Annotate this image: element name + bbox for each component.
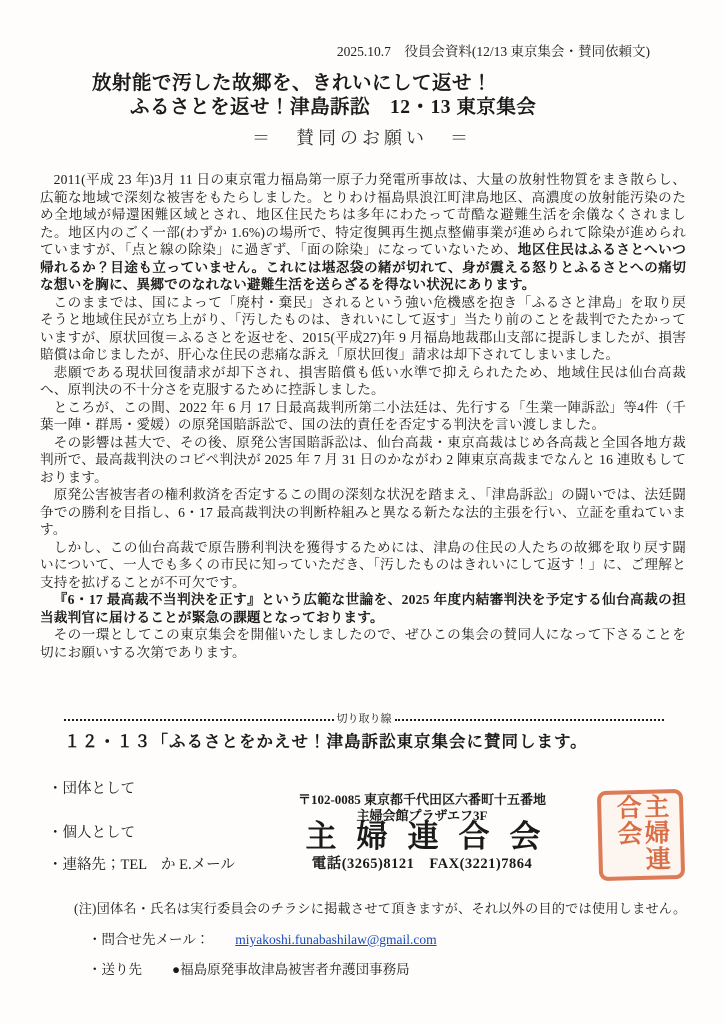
body-paragraph: 原発公害被害者の権利救済を否定するこの間の深刻な状況を踏まえ、「津島訴訟」の闘い… bbox=[40, 486, 686, 539]
body-paragraph: その影響は甚大で、その後、原発公害国賠訴訟は、仙台高裁・東京高裁はじめ各高裁と全… bbox=[40, 434, 686, 487]
page-subtitle: ＝ 賛同のお願い ＝ bbox=[0, 125, 724, 151]
cut-line-label: 切り取り線 bbox=[334, 713, 395, 726]
body-text: 2011(平成 23 年)3月 11 日の東京電力福島第一原子力発電所事故は、大… bbox=[40, 171, 686, 661]
sendto-line: ・送り先●福島原発事故津島被害者弁護団事務局 bbox=[88, 961, 694, 978]
sendto-value: ●福島原発事故津島被害者弁護団事務局 bbox=[172, 962, 410, 977]
body-paragraph: 『6・17 最高裁不当判決を正す』という広範な世論を、2025 年度内結審判決を… bbox=[40, 591, 686, 626]
page-title-line2: ふるさとを返せ！津島訴訟 12・13 東京集会 bbox=[0, 96, 724, 120]
field-label-organization: ・団体として bbox=[48, 780, 135, 798]
cut-line: 切り取り線 bbox=[64, 713, 664, 726]
sendto-label: ・送り先 bbox=[88, 962, 142, 977]
contact-email-link[interactable]: miyakoshi.funabashilaw@gmail.com bbox=[235, 932, 436, 947]
body-paragraph: このままでは、国によって「廃村・棄民」されるという強い危機感を抱き「ふるさと津島… bbox=[40, 294, 686, 364]
org-phone-fax: 電話(3265)8121 FAX(3221)7864 bbox=[250, 856, 594, 873]
body-paragraph: 悲願である現状回復請求が却下され、損害賠償も低い水準で抑えられたため、地域住民は… bbox=[40, 364, 686, 399]
organization-seal: 主婦連合会 bbox=[597, 789, 685, 881]
page-title-line1: 放射能で汚した故郷を、きれいにして返せ！ bbox=[0, 72, 724, 96]
usage-note: (注)団体名・氏名は実行委員会のチラシに掲載させて頂きますが、それ以外の目的では… bbox=[74, 900, 694, 917]
endorsement-statement: １２・１３「ふるさとをかえせ！津島訴訟東京集会に賛同します。 bbox=[64, 730, 724, 754]
body-paragraph: ところが、この間、2022 年 6 月 17 日最高裁判所第二小法廷は、先行する… bbox=[40, 399, 686, 434]
cut-line-dots-right bbox=[395, 719, 665, 721]
contact-email-label: ・問合せ先メール： bbox=[88, 932, 209, 947]
document-page: 2025.10.7 役員会資料(12/13 東京集会・賛同依頼文) 放射能で汚し… bbox=[0, 0, 724, 1024]
body-paragraph: 2011(平成 23 年)3月 11 日の東京電力福島第一原子力発電所事故は、大… bbox=[40, 171, 686, 294]
cut-line-dots-left bbox=[64, 719, 334, 721]
body-paragraph: しかし、この仙台高裁で原告勝利判決を獲得するためには、津島の住民の人たちの故郷を… bbox=[40, 539, 686, 592]
field-label-individual: ・個人として bbox=[48, 824, 135, 842]
header-date: 2025.10.7 役員会資料(12/13 東京集会・賛同依頼文) bbox=[0, 44, 724, 60]
org-name: 主婦連合会 bbox=[258, 820, 588, 854]
body-paragraph: その一環としてこの東京集会を開催いたしましたので、ぜひこの集会の賛同人になって下… bbox=[40, 626, 686, 661]
endorsement-form: ・団体として ・個人として ・連絡先；TEL か E.メール 〒102-0085… bbox=[0, 778, 724, 890]
org-address-line1: 〒102-0085 東京都千代田区六番町十五番地 bbox=[250, 792, 594, 808]
seal-text: 主婦連合会 bbox=[612, 793, 669, 876]
field-label-contact: ・連絡先；TEL か E.メール bbox=[48, 856, 235, 874]
contact-email-line: ・問合せ先メール：miyakoshi.funabashilaw@gmail.co… bbox=[88, 931, 694, 948]
